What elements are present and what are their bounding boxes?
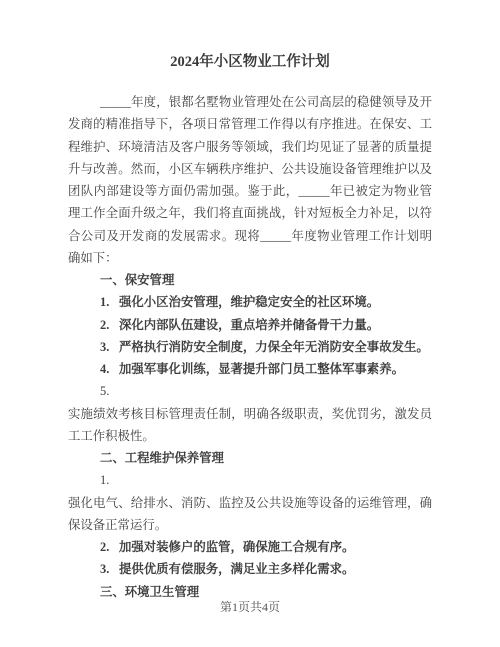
list-item: 4.加强军事化训练，显著提升部门员工整体军事素养。: [68, 358, 432, 380]
document-page: 2024年小区物业工作计划 _____年度，银都名墅物业管理处在公司高层的稳健领…: [0, 0, 500, 647]
document-body: _____年度，银都名墅物业管理处在公司高层的稳健领导及开发商的精准指导下，各项…: [68, 91, 432, 603]
list-item-text: 严格执行消防安全制度，力保全年无消防安全事故发生。: [119, 340, 429, 354]
paragraph: _____年度，银都名墅物业管理处在公司高层的稳健领导及开发商的精准指导下，各项…: [68, 91, 432, 269]
list-item: 2.加强对装修户的监管，确保施工合规有序。: [68, 536, 432, 558]
page-number: 第1页共4页: [220, 600, 280, 614]
list-item-text: 提供优质有偿服务，满足业主多样化需求。: [119, 562, 354, 576]
list-item-text: 加强军事化训练，显著提升部门员工整体军事素养。: [119, 362, 404, 376]
list-item-text: 强化小区治安管理，维护稳定安全的社区环境。: [119, 295, 379, 309]
list-item-number: 2.: [100, 314, 119, 336]
list-item: 1.: [68, 469, 432, 491]
paragraph: 实施绩效考核目标管理责任制，明确各级职责，奖优罚劣，激发员工工作积极性。: [68, 403, 432, 448]
list-item-number: 5.: [100, 380, 119, 402]
paragraph: 强化电气、给排水、消防、监控及公共设施等设备的运维管理，确保设备正常运行。: [68, 492, 432, 537]
list-item: 3.严格执行消防安全制度，力保全年无消防安全事故发生。: [68, 336, 432, 358]
list-item-number: 3.: [100, 558, 119, 580]
list-item: 5.: [68, 380, 432, 402]
section-heading: 二、工程维护保养管理: [68, 447, 432, 469]
list-item-text: 深化内部队伍建设，重点培养并储备骨干力量。: [119, 318, 379, 332]
list-item: 2.深化内部队伍建设，重点培养并储备骨干力量。: [68, 314, 432, 336]
document-title: 2024年小区物业工作计划: [68, 50, 432, 75]
list-item-number: 4.: [100, 358, 119, 380]
list-item-number: 2.: [100, 536, 119, 558]
list-item-number: 1.: [100, 469, 119, 491]
list-item-number: 1.: [100, 291, 119, 313]
list-item: 1.强化小区治安管理，维护稳定安全的社区环境。: [68, 291, 432, 313]
list-item-text: 加强对装修户的监管，确保施工合规有序。: [119, 540, 354, 554]
page-footer: 第1页共4页: [0, 598, 500, 616]
list-item: 3.提供优质有偿服务，满足业主多样化需求。: [68, 558, 432, 580]
section-heading: 一、保安管理: [68, 269, 432, 291]
list-item-number: 3.: [100, 336, 119, 358]
